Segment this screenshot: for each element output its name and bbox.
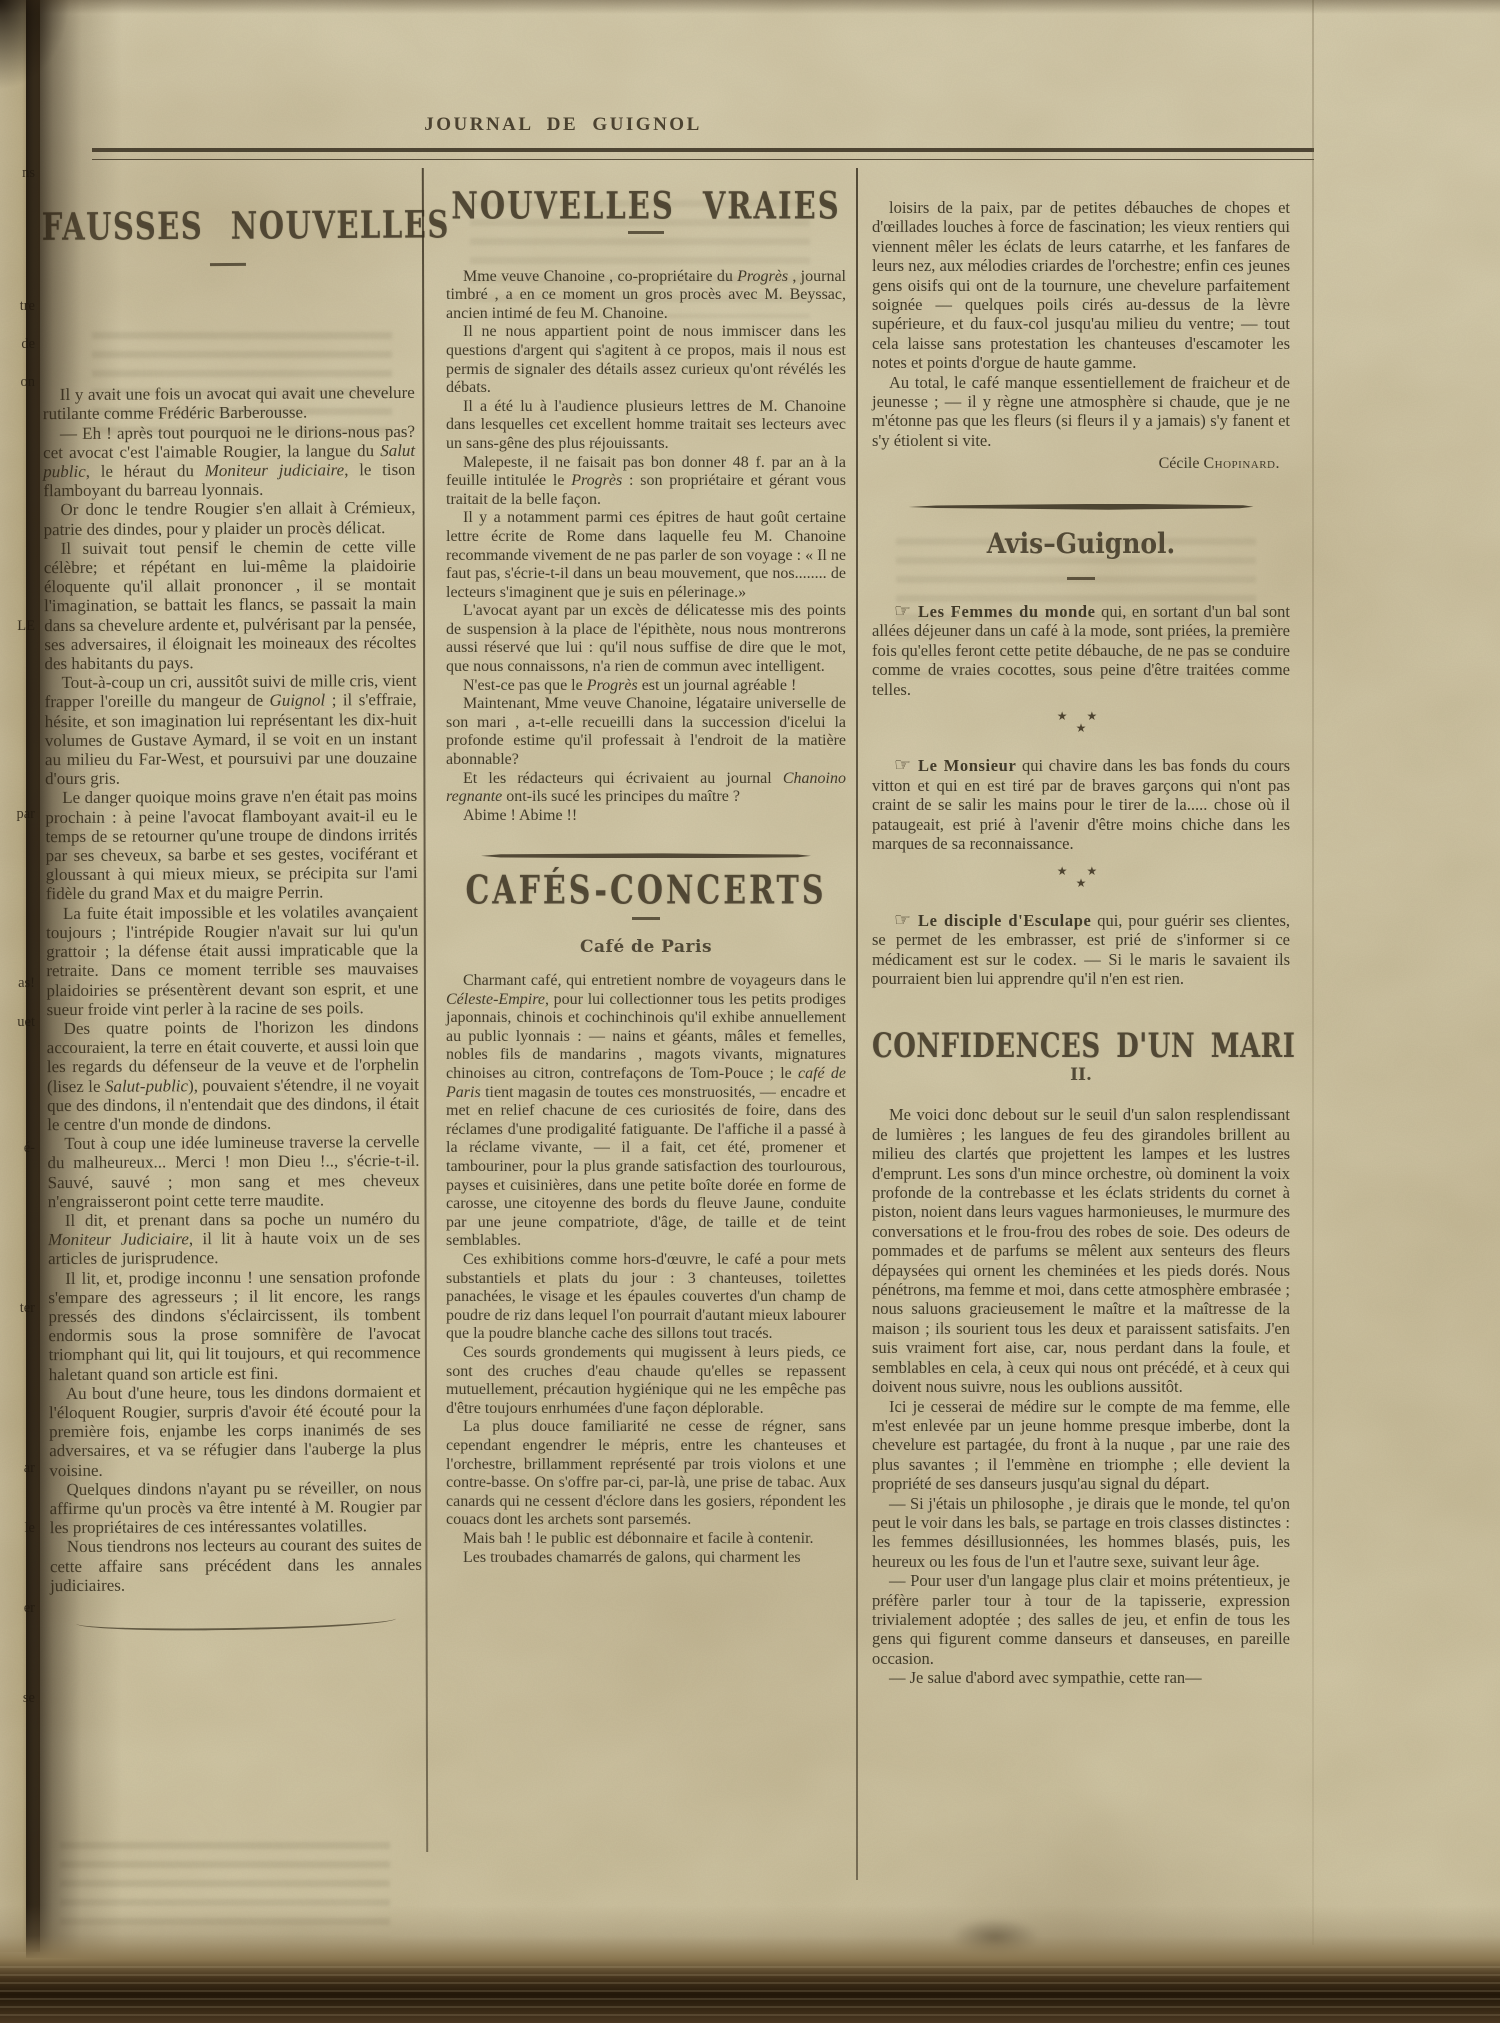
article-title-nouvelles-vraies: NOUVELLES VRAIES [446,194,846,218]
section-divider-rule [481,853,811,858]
paragraph: loisirs de la paix, par de petites débau… [872,198,1290,373]
paragraph: Tout à coup une idée lumineuse traverse … [47,1132,419,1211]
adjacent-page-text-fragment: ter [20,1300,35,1317]
paragraph: Ces exhibitions comme hors-d'œuvre, le c… [446,1251,846,1344]
paragraph: N'est-ce pas que le Progrès est un journ… [446,677,846,696]
paragraph: Les troubades chamarrés de galons, qui c… [446,1549,846,1568]
paragraph: La fuite était impossible et les volatil… [46,902,419,1019]
section-title-avis-guignol: Avis–Guignol. [872,533,1290,555]
column-rule-right [856,168,858,1880]
paragraph: — Si j'étais un philosophe , je dirais q… [872,1494,1290,1572]
ornament-divider [909,504,1254,510]
masthead-rule [92,148,1314,160]
adjacent-page-text-fragment: on [21,374,36,391]
adjacent-page-text-fragment: ar [24,1460,35,1477]
page-edge-crease [1312,0,1314,1945]
subtitle-cafe-de-paris: Café de Paris [446,938,846,957]
paragraph: Au total, le café manque essentiellement… [872,373,1290,451]
paragraph: Maintenant, Mme veuve Chanoine, légatair… [446,695,846,769]
title-divider [632,917,660,920]
adjacent-page-text-fragment: é- [24,1140,35,1157]
paragraph: Il suivait tout pensif le chemin de cett… [44,537,417,674]
paragraph: Ces sourds grondements qui mugissent à l… [446,1344,846,1418]
column-middle: NOUVELLES VRAIES Mme veuve Chanoine , co… [446,194,846,1567]
article-body-nouvelles-vraies: Mme veuve Chanoine , co-propriétaire du … [446,268,846,826]
article-title-cafes-concerts: CAFÉS-CONCERTS [446,880,846,904]
column-fausses-nouvelles: FAUSSES NOUVELLES Il y avait une fois un… [42,213,423,1631]
paragraph: Au bout d'une heure, tous les dindons do… [49,1382,422,1480]
article-title-fausses-nouvelles: FAUSSES NOUVELLES [42,213,414,240]
paragraph: Mme veuve Chanoine , co-propriétaire du … [446,268,846,324]
adjacent-page-text-fragment: tre [20,298,35,315]
article-body-cafes-concerts: Charmant café, qui entretient nombre de … [446,972,846,1567]
avis-entry-text: Le Monsieur qui chavire dans les bas fon… [872,756,1290,853]
paragraph: L'avocat ayant par un excès de délicates… [446,602,846,676]
title-divider [628,231,664,234]
title-divider [1067,577,1095,580]
avis-entry: ☞Les Femmes du monde qui, en sortant d'u… [872,602,1290,700]
paragraph: Il y avait une fois un avocat qui avait … [43,383,415,424]
bleedthrough-smudge [60,1842,390,1938]
asterism-star: ★ [1051,723,1111,734]
paragraph: Il ne nous appartient point de nous immi… [446,323,846,397]
paragraph: Il lit, et, prodige inconnu ! une sensat… [48,1266,421,1383]
adjacent-page-text-fragment: de [21,336,35,353]
title-divider [210,263,246,266]
signature: Cécile Chopinard. [872,454,1280,473]
paragraph: Le danger quoique moins grave n'en était… [45,786,418,903]
paragraph: Malepeste, il ne faisait pas bon donner … [446,454,846,510]
paragraph: — Je salue d'abord avec sympathie, cette… [872,1668,1290,1687]
asterism-stars: ★ ★ [1051,866,1111,877]
article-body-confidences: Me voici donc debout sur le seuil d'un s… [872,1105,1290,1687]
paragraph: Charmant café, qui entretient nombre de … [446,972,846,1251]
paragraph: — Pour user d'un langage plus clair et m… [872,1571,1290,1668]
column-right: loisirs de la paix, par de petites débau… [872,198,1290,1688]
column-rule-left [422,168,428,1852]
adjacent-page-text-fragment: LE [17,618,35,635]
ink-blot [950,1918,1040,1958]
paragraph: Quelques dindons n'ayant pu se réveiller… [49,1478,421,1538]
paragraph: Tout-à-coup un cri, aussitôt suivi de mi… [44,671,417,788]
book-fore-edge [0,1966,1500,2016]
manicule-icon: ☞ [894,754,911,776]
paragraph: Et les rédacteurs qui écrivaient au jour… [446,770,846,807]
avis-entry: ☞Le disciple d'Esculape qui, pour guérir… [872,911,1290,989]
adjacent-page-text-fragment: er [24,1600,35,1617]
paragraph: Il y a notamment parmi ces épitres de ha… [446,509,846,602]
article-body-fausses-nouvelles: Il y avait une fois un avocat qui avait … [43,383,422,1595]
running-head: JOURNAL DE GUIGNOL [363,114,763,136]
paragraph: Nous tiendrons nos lecteurs au courant d… [50,1535,422,1595]
manicule-icon: ☞ [894,909,911,931]
paragraph: Des quatre points de l'horizon les dindo… [47,1017,420,1134]
article-title-confidences: CONFIDENCES D'UN MARI [872,1035,1290,1060]
paragraph: Ici je cesserai de médire sur le compte … [872,1397,1290,1494]
adjacent-page-text-fragment: se [23,1690,35,1707]
adjacent-page-text-fragment: ns [22,165,35,182]
newspaper-page: JOURNAL DE GUIGNOL FAUSSES NOUVELLES Il … [0,0,1500,2023]
adjacent-page-text-fragment: le [25,1520,35,1537]
page-top-shadow [0,0,1500,14]
adjacent-page-text-fragment: uet [17,1014,35,1031]
article-body-cafe-chronicle-end: loisirs de la paix, par de petites débau… [872,198,1290,450]
chapter-numeral: II. [872,1066,1290,1085]
paragraph: Il dit, et prenant dans sa poche un numé… [48,1209,420,1269]
avis-entry-text: Le disciple d'Esculape qui, pour guérir … [872,911,1290,989]
paragraph: — Eh ! après tout pourquoi ne le dirions… [43,421,415,500]
adjacent-page-text-fragment: par [16,806,35,823]
page-bottom-edge [0,1905,1500,2023]
adjacent-page-text-fragment: as! [18,975,35,992]
paragraph: Abime ! Abime !! [446,807,846,826]
paragraph: Mais bah ! le public est débonnaire et f… [446,1530,846,1549]
asterism-star: ★ [1051,878,1111,889]
paragraph: Il a été lu à l'audience plusieurs lettr… [446,398,846,454]
paragraph: Me voici donc debout sur le seuil d'un s… [872,1105,1290,1396]
article-end-rule [76,1617,396,1632]
adjacent-page-strip: nstredeonLEparas!ueté-terarleerse [0,0,40,1952]
asterism-divider: ★ ★ ★ [1051,711,1111,734]
asterism-divider: ★ ★ ★ [1051,866,1111,889]
avis-entry: ☞Le Monsieur qui chavire dans les bas fo… [872,756,1290,854]
paragraph: La plus douce familiarité ne cesse de ré… [446,1418,846,1530]
avis-entry-text: Les Femmes du monde qui, en sortant d'un… [872,602,1290,699]
paragraph: Or donc le tendre Rougier s'en allait à … [43,498,415,539]
manicule-icon: ☞ [894,600,911,622]
